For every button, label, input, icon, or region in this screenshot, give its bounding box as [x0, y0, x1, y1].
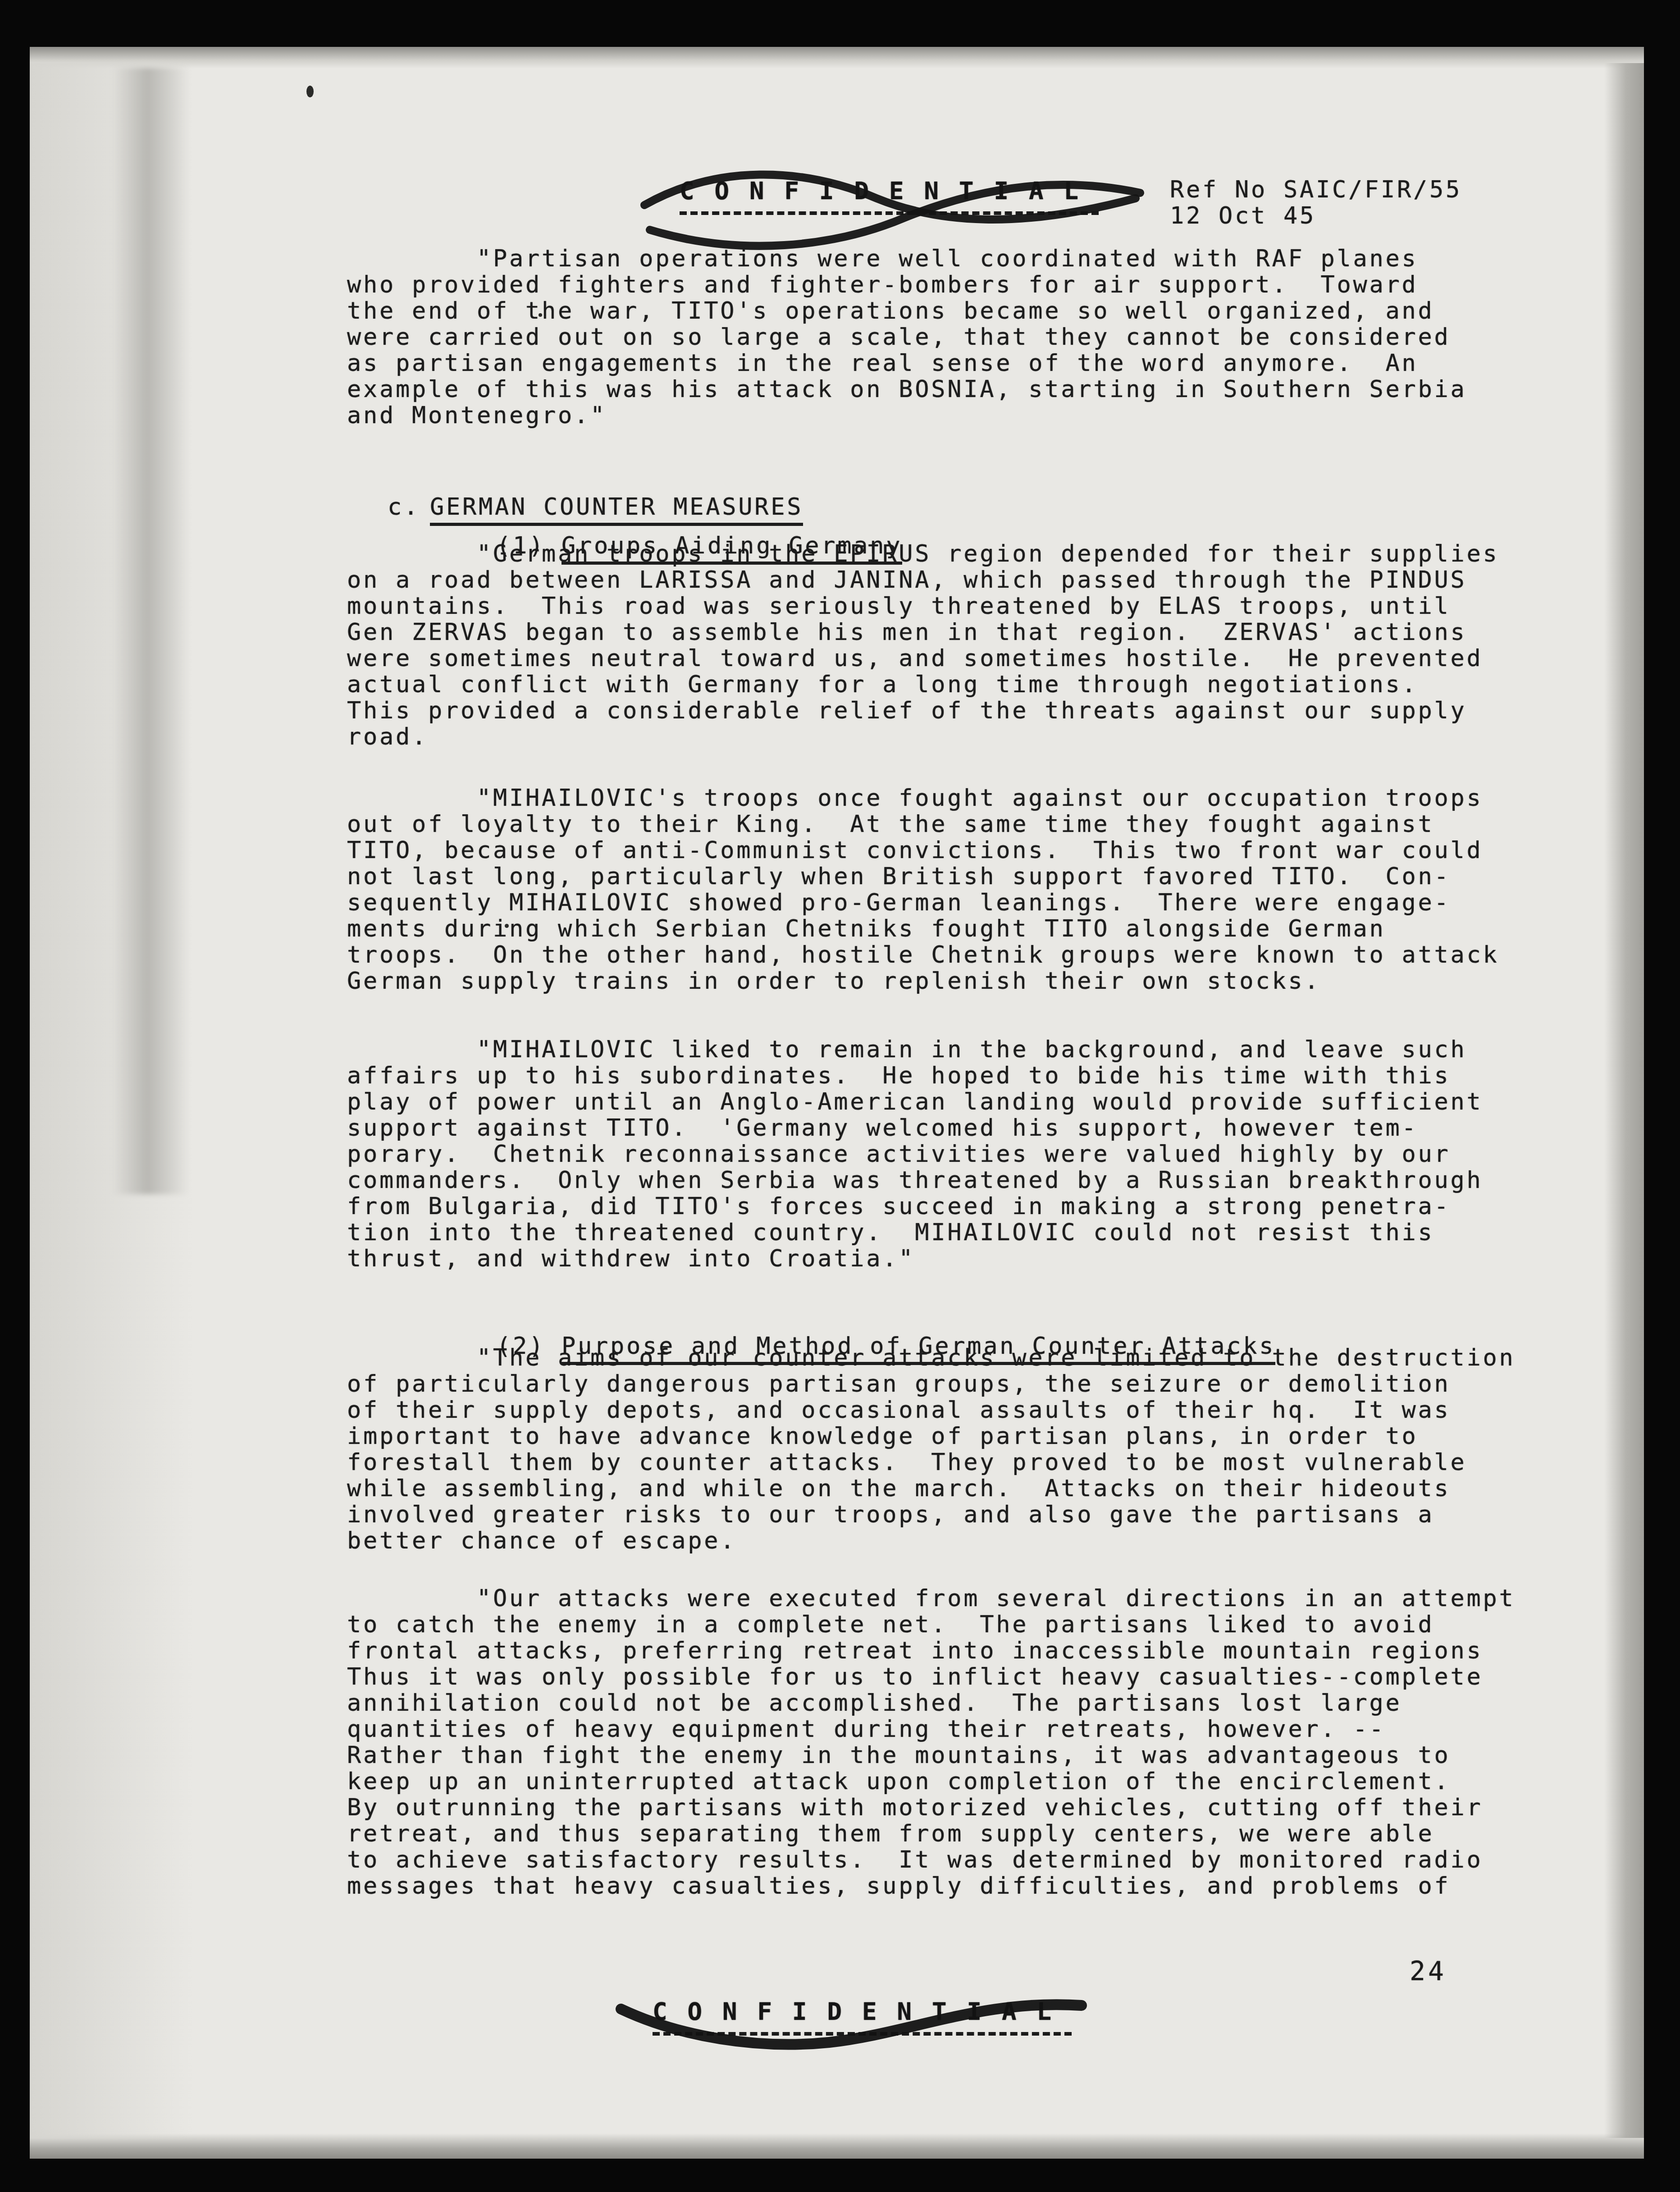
- ink-speck: [306, 86, 314, 97]
- classification-stamp-footer: CONFIDENTIAL: [653, 1997, 1072, 2036]
- paragraph-mihailovic-background: "MIHAILOVIC liked to remain in the backg…: [347, 1037, 1483, 1272]
- paragraph-german-troops-epirus: "German troops in the EPIRUS region depe…: [347, 541, 1499, 750]
- paragraph-mihailovic-troops: "MIHAILOVIC's troops once fought against…: [347, 785, 1499, 994]
- scan-shadow-right: [1604, 63, 1644, 2138]
- paragraph-aims-counter-attacks: "The aims of our counter attacks were li…: [347, 1345, 1516, 1554]
- scanned-document-page: { "document": { "header": { "classificat…: [0, 0, 1680, 2192]
- paper-fold-shadow: [113, 68, 189, 1194]
- classification-stamp-header: CONFIDENTIAL: [680, 177, 1099, 215]
- section-c-number: c.: [388, 494, 420, 520]
- page-number: 24: [1410, 1956, 1447, 1986]
- scan-shadow-bottom: [30, 2133, 1644, 2159]
- paragraph-partisan-operations: "Partisan operations were well coordinat…: [347, 246, 1466, 429]
- scan-shadow-top: [30, 47, 1644, 68]
- paragraph-attacks-executed: "Our attacks were executed from several …: [347, 1585, 1516, 1899]
- reference-number-and-date: Ref No SAIC/FIR/55 12 Oct 45: [1170, 177, 1462, 229]
